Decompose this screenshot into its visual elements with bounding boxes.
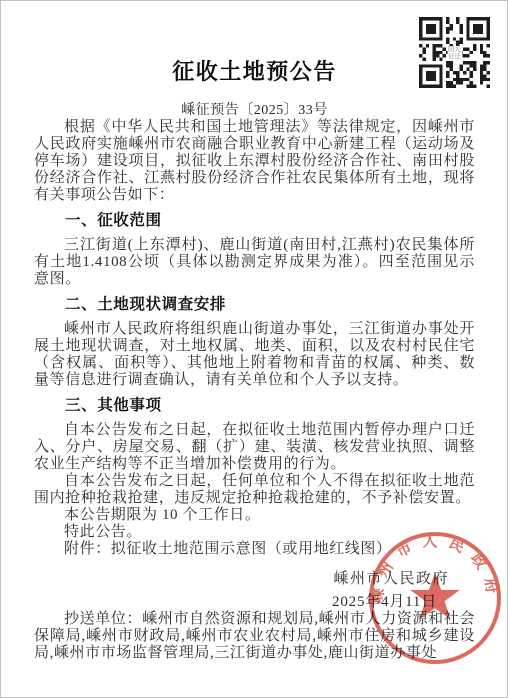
section-3-paragraph-3: 本公告期限为 10 个工作日。 [34,507,475,524]
section-1-heading: 一、征收范围 [34,212,475,229]
section-3-paragraph-2: 自本公告发布之日起，任何单位和个人不得在拟征收土地范围内抢种抢栽抢建，违反规定抢… [34,473,475,507]
qr-center-label: 阳光 征迁 [447,46,462,60]
section-1-paragraph: 三江街道(上东潭村)、鹿山街道(南田村,江燕村)农民集体所有土地1.4108公顷… [34,237,475,288]
attachment-line: 附件：拟征收土地范围示意图（或用地红线图） [34,541,475,558]
document-body: 征收土地预公告 嵊征预告〔2025〕33号 根据《中华人民共和国土地管理法》等法… [1,55,507,662]
document-number: 嵊征预告〔2025〕33号 [34,99,475,119]
signature-date: 2025年4月11日 [34,594,475,611]
signature-issuer: 嵊州市人民政府 [34,571,475,588]
intro-paragraph: 根据《中华人民共和国土地管理法》等法律规定，因嵊州市人民政府实施嵊州市农商融合职… [34,119,475,204]
copy-to-block: 抄送单位：嵊州市自然资源和规划局,嵊州市人力资源和社会保障局,嵊州市财政局,嵊州… [34,611,475,662]
qr-center-label-line1: 阳光 [448,46,461,53]
qr-center-label-line2: 征迁 [448,53,461,60]
section-2-paragraph: 嵊州市人民政府将组织鹿山街道办事处，三江街道办事处开展土地现状调查，对土地权属、… [34,321,475,389]
document-title: 征收土地预公告 [34,55,475,86]
qr-code: 阳光 征迁 [419,17,490,88]
announcement-document: 阳光 征迁 征收土地预公告 嵊征预告〔2025〕33号 根据《中华人民共和国土地… [0,0,508,698]
section-2-heading: 二、土地现状调查安排 [34,296,475,313]
section-3-paragraph-4: 特此公告。 [34,524,475,541]
section-3-paragraph-1: 自本公告发布之日起，在拟征收土地范围内暂停办理户口迁入、分户、房屋交易、翻（扩）… [34,422,475,473]
section-3-heading: 三、其他事项 [34,397,475,414]
